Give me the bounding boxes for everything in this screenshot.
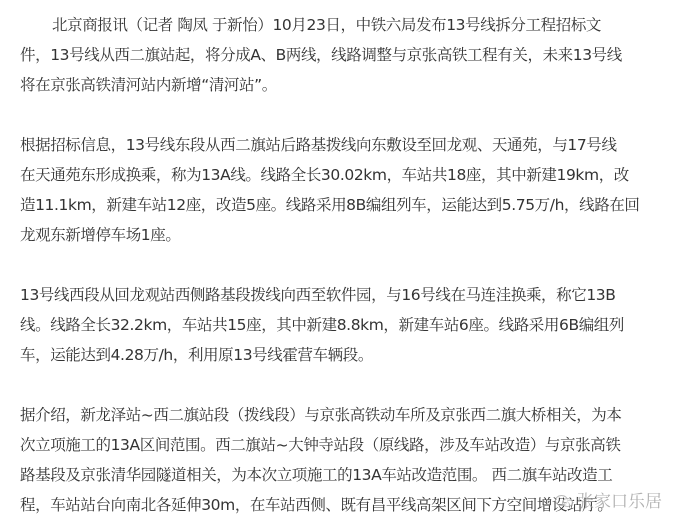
paragraph-spacer <box>20 100 668 130</box>
text-line: 北京商报讯（记者 陶凤 于新怡）10月23日，中铁六局发布13号线拆分工程招标文 <box>20 10 668 40</box>
text-line: 据介绍，新龙泽站~西二旗站段（拨线段）与京张高铁动车所及京张西二旗大桥相关，为本 <box>20 400 668 430</box>
text-line: 线。线路全长32.2km，车站共15座，其中新建8.8km，新建车站6座。线路采… <box>20 310 668 340</box>
text-line: 造11.1km，新建车站12座，改造5座。线路采用8B编组列车，运能达到5.75… <box>20 190 668 220</box>
watermark: 张家口乐居 <box>555 487 662 512</box>
text-line: 根据招标信息，13号线东段从西二旗站后路基拨线向东敷设至回龙观、天通苑，与17号… <box>20 130 668 160</box>
paragraph-line-13b: 13号线西段从回龙观站西侧路基段拨线向西至软件园，与16号线在马连洼换乘，称它1… <box>20 280 668 370</box>
article-body: 北京商报讯（记者 陶凤 于新怡）10月23日，中铁六局发布13号线拆分工程招标文… <box>20 10 668 520</box>
paragraph-line-13a: 根据招标信息，13号线东段从西二旗站后路基拨线向东敷设至回龙观、天通苑，与17号… <box>20 130 668 250</box>
text-line: 车，运能达到4.28万/h，利用原13号线霍营车辆段。 <box>20 340 668 370</box>
text-line: 将在京张高铁清河站内新增“清河站”。 <box>20 70 668 100</box>
text-line: 在天通苑东形成换乘，称为13A线。线路全长30.02km，车站共18座，其中新建… <box>20 160 668 190</box>
text-line: 龙观东新增停车场1座。 <box>20 220 668 250</box>
watermark-text: 张家口乐居 <box>577 487 662 512</box>
text-line: 路基段及京张清华园隧道相关，为本次立项施工的13A车站改造范围。 西二旗车站改造… <box>20 460 668 490</box>
paragraph-spacer <box>20 250 668 280</box>
paragraph-intro: 北京商报讯（记者 陶凤 于新怡）10月23日，中铁六局发布13号线拆分工程招标文… <box>20 10 668 100</box>
paragraph-spacer <box>20 370 668 400</box>
wechat-icon <box>555 493 573 507</box>
text-line: 件，13号线从西二旗站起，将分成A、B两线，线路调整与京张高铁工程有关，未来13… <box>20 40 668 70</box>
text-line: 次立项施工的13A区间范围。西二旗站~大钟寺站段（原线路，涉及车站改造）与京张高… <box>20 430 668 460</box>
text-line: 13号线西段从回龙观站西侧路基段拨线向西至软件园，与16号线在马连洼换乘，称它1… <box>20 280 668 310</box>
